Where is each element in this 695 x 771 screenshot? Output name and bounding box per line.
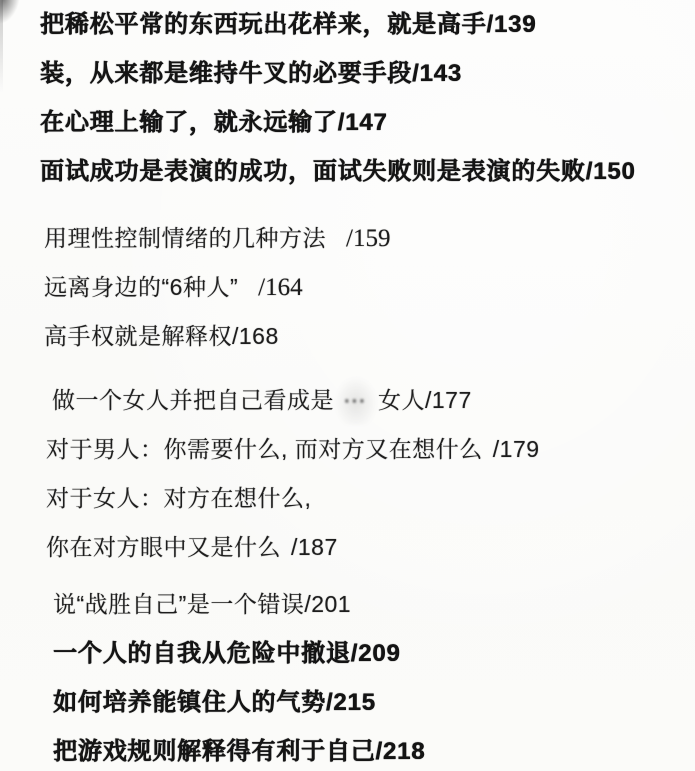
toc-group: 做一个女人并把自己看成是⋯女人/177对于男人：你需要什么, 而对方又在想什么/… xyxy=(0,376,695,572)
toc-entry: 把稀松平常的东西玩出花样来，就是高手/139 xyxy=(40,0,695,49)
toc-entry: 把游戏规则解释得有利于自己/218 xyxy=(53,727,695,771)
entry-title: 一个人的自我从危险中撤退 xyxy=(53,640,351,667)
page-number: /201 xyxy=(304,591,351,617)
page-number: /168 xyxy=(232,323,279,349)
page-number: /159 xyxy=(346,225,390,252)
page-number: /143 xyxy=(412,60,462,87)
page-number: /218 xyxy=(375,738,425,765)
smudge-artifact: ⋯ xyxy=(334,376,378,425)
toc-group: 把稀松平常的东西玩出花样来，就是高手/139装，从来都是维持牛叉的必要手段/14… xyxy=(0,0,695,196)
entry-title: 如何培养能镇住人的气势 xyxy=(53,689,326,716)
entry-title: 对于男人：你需要什么, 而对方又在想什么 xyxy=(46,436,483,462)
page-number: /150 xyxy=(586,158,636,185)
entry-title: 高手权就是解释权 xyxy=(44,323,232,349)
entry-title: 远离身边的“6种人” xyxy=(44,274,238,300)
entry-title: 你在对方眼中又是什么 xyxy=(46,534,281,560)
toc-entry: 在心理上输了，就永远输了/147 xyxy=(40,98,695,147)
toc-entry: 你在对方眼中又是什么/187 xyxy=(46,523,695,572)
page-number: /179 xyxy=(493,436,540,462)
page-number: /164 xyxy=(258,274,302,301)
toc-entry: 对于女人：对方在想什么, xyxy=(46,474,695,523)
toc-entry: 面试成功是表演的成功，面试失败则是表演的失败/150 xyxy=(40,147,695,196)
toc-list: 把稀松平常的东西玩出花样来，就是高手/139装，从来都是维持牛叉的必要手段/14… xyxy=(0,0,695,771)
page-number: /147 xyxy=(338,109,388,136)
toc-entry: 用理性控制情绪的几种方法/159 xyxy=(44,214,695,263)
toc-entry: 如何培养能镇住人的气势/215 xyxy=(53,678,695,727)
toc-entry: 对于男人：你需要什么, 而对方又在想什么/179 xyxy=(46,425,695,474)
entry-title: 装，从来都是维持牛叉的必要手段 xyxy=(40,60,412,87)
toc-entry: 远离身边的“6种人”/164 xyxy=(44,263,695,312)
page-number: /187 xyxy=(291,534,338,560)
toc-group: 用理性控制情绪的几种方法/159远离身边的“6种人”/164高手权就是解释权/1… xyxy=(0,214,695,361)
entry-title: 做一个女人并把自己看成是 xyxy=(52,387,334,413)
page-number: /209 xyxy=(351,640,401,667)
toc-entry: 做一个女人并把自己看成是⋯女人/177 xyxy=(46,376,695,425)
entry-title: 说“战胜自己”是一个错误 xyxy=(53,591,304,617)
page-number: /139 xyxy=(486,11,536,38)
toc-group: 说“战胜自己”是一个错误/201一个人的自我从危险中撤退/209如何培养能镇住人… xyxy=(0,580,695,771)
book-toc-page: 把稀松平常的东西玩出花样来，就是高手/139装，从来都是维持牛叉的必要手段/14… xyxy=(0,0,695,771)
toc-entry: 高手权就是解释权/168 xyxy=(44,312,695,361)
entry-title: 女人 xyxy=(378,387,425,413)
entry-title: 在心理上输了，就永远输了 xyxy=(40,109,338,136)
entry-title: 面试成功是表演的成功，面试失败则是表演的失败 xyxy=(40,158,586,185)
toc-entry: 一个人的自我从危险中撤退/209 xyxy=(53,629,695,678)
entry-title: 把游戏规则解释得有利于自己 xyxy=(53,738,375,765)
toc-entry: 装，从来都是维持牛叉的必要手段/143 xyxy=(40,49,695,98)
entry-title: 把稀松平常的东西玩出花样来，就是高手 xyxy=(40,11,486,38)
entry-title: 用理性控制情绪的几种方法 xyxy=(44,225,326,251)
page-number: /215 xyxy=(326,689,376,716)
page-number: /177 xyxy=(425,387,472,413)
toc-entry: 说“战胜自己”是一个错误/201 xyxy=(53,580,695,629)
entry-title: 对于女人：对方在想什么, xyxy=(46,485,311,511)
